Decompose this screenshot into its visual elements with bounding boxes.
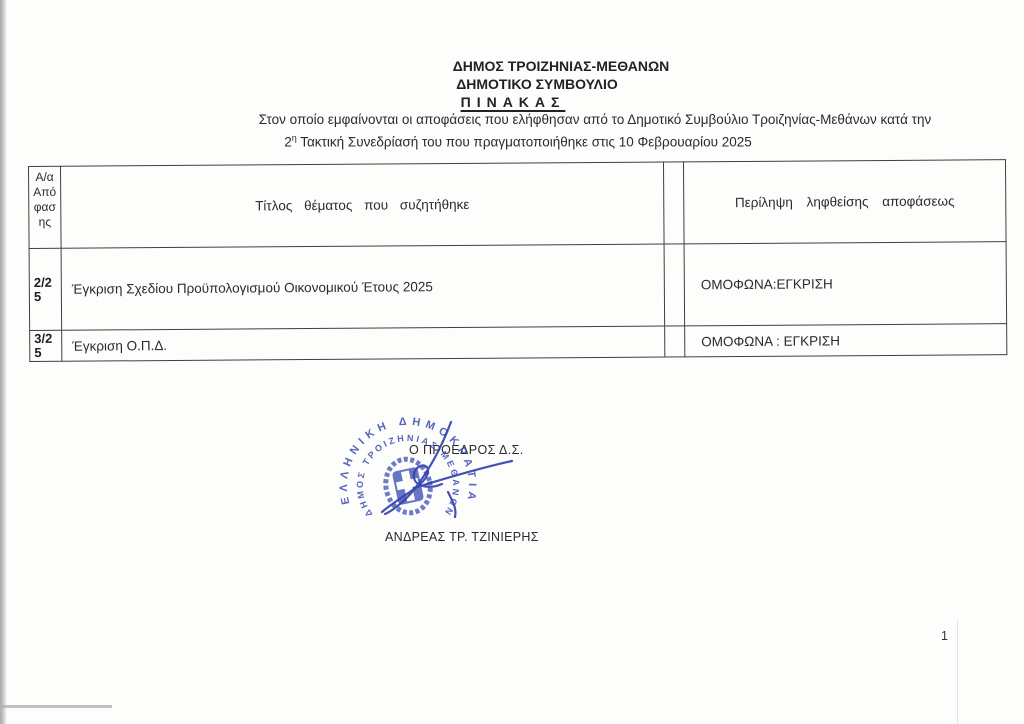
col-header-summary: Περίληψη ληφθείσης αποφάσεως (683, 160, 1006, 244)
decision-number-cell: 2/25 (29, 248, 62, 330)
page-number: 1 (941, 629, 948, 643)
intro-line-2: 2η Τακτική Συνεδρίασή του που πραγματοπο… (6, 129, 1024, 152)
decision-number-cell: 3/25 (30, 330, 62, 361)
col-header-decision-number: Α/α Απόφασης (29, 166, 62, 248)
topic-title-cell: Έγκριση Ο.Π.Δ. (62, 326, 665, 361)
signatory-name: ΑΝΔΡΕΑΣ ΤΡ. ΤΖΙΝΙΕΡΗΣ (385, 530, 539, 544)
shield-icon (392, 467, 425, 506)
municipality-title: ΔΗΜΟΣ ΤΡΟΙΖΗΝΙΑΣ-ΜΕΘΑΝΩΝ (49, 57, 1024, 75)
table-row: 2/25 Έγκριση Σχεδίου Προϋπολογισμού Οικο… (29, 242, 1007, 331)
topic-title-cell: Έγκριση Σχεδίου Προϋπολογισμού Οικονομικ… (61, 244, 665, 330)
spacer-cell (664, 244, 685, 326)
table-heading: ΠΙΝΑΚΑΣ (1, 93, 1024, 111)
cross-icon (401, 470, 415, 501)
col-header-spacer (663, 162, 684, 244)
cross-icon (396, 478, 419, 490)
signatory-role-label: Ο ΠΡΟΕΔΡΟΣ Δ.Σ. (409, 443, 524, 457)
summary-cell: ΟΜΟΦΩΝΑ : ΕΓΚΡΙΣΗ (685, 324, 1007, 357)
scanned-document-page: ΔΗΜΟΣ ΤΡΟΙΖΗΝΙΑΣ-ΜΕΘΑΝΩΝ ΔΗΜΟΤΙΚΟ ΣΥΜΒΟΥ… (0, 0, 1024, 724)
table-header-row: Α/α Απόφασης Τίτλος θέματος που συζητήθη… (29, 160, 1007, 249)
document-header: ΔΗΜΟΣ ΤΡΟΙΖΗΝΙΑΣ-ΜΕΘΑΝΩΝ ΔΗΜΟΤΙΚΟ ΣΥΜΒΟΥ… (0, 57, 1024, 152)
scan-edge-line-right (957, 620, 958, 724)
intro-line-2-text: Τακτική Συνεδρίασή του που πραγματοποιήθ… (297, 135, 752, 150)
signature-scribble (382, 422, 512, 517)
decisions-table-wrapper: Α/α Απόφασης Τίτλος θέματος που συζητήθη… (28, 159, 1007, 362)
council-title: ΔΗΜΟΤΙΚΟ ΣΥΜΒΟΥΛΙΟ (25, 75, 1024, 93)
session-number: 2 (284, 135, 292, 150)
decisions-table: Α/α Απόφασης Τίτλος θέματος που συζητήθη… (28, 159, 1007, 362)
laurel-wreath-icon (381, 455, 435, 517)
intro-line-1: Στον οποίο εμφαίνονται οι αποφάσεις που … (83, 111, 1024, 129)
municipal-stamp: ΕΛΛΗΝΙΚΗ ΔΗΜΟΚΡΑΤΙΑ ΔΗΜΟΣ ΤΡΟΙΖΗΝΙΑΣ-ΜΕΘ… (330, 408, 525, 570)
scan-edge-line-bottom-left (0, 705, 112, 708)
table-row: 3/25 Έγκριση Ο.Π.Δ. ΟΜΟΦΩΝΑ : ΕΓΚΡΙΣΗ (30, 324, 1007, 362)
stamp-outer-ring-text: ΕΛΛΗΝΙΚΗ ΔΗΜΟΚΡΑΤΙΑ (338, 416, 478, 506)
col-header-topic-title: Τίτλος θέματος που συζητήθηκε (61, 162, 665, 248)
spacer-cell (665, 326, 685, 357)
stamp-coat-of-arms (381, 455, 435, 517)
summary-cell: ΟΜΟΦΩΝΑ:ΕΓΚΡΙΣΗ (684, 242, 1007, 326)
